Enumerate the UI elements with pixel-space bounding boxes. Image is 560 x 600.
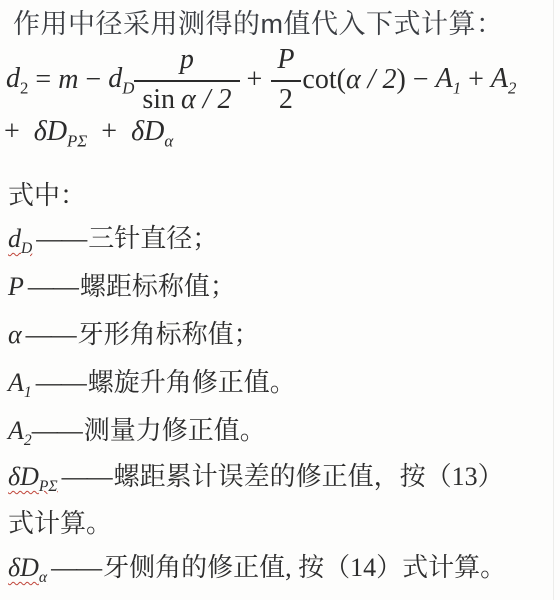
- symbol-P: P: [8, 272, 24, 301]
- minus-sign: −: [85, 64, 101, 96]
- definition-row-A1: A1——螺旋升角修正值。: [8, 366, 554, 401]
- definition-line: δDPΣ——螺距累计误差的修正值，按（13）: [8, 460, 554, 495]
- definition-text: 螺距标称值；: [80, 272, 236, 301]
- symbol-d2: d2: [6, 63, 28, 97]
- symbol-A1: A1: [8, 368, 32, 397]
- definition-row-dD: dD——三针直径；: [8, 222, 554, 257]
- definition-row-deltaDPsigma: δDPΣ——螺距累计误差的修正值，按（13） 式计算。: [8, 460, 554, 541]
- definition-text: 螺距累计误差的修正值，按（13）: [114, 462, 504, 491]
- definition-text: 三针直径；: [88, 224, 218, 253]
- symbol-deltaDalpha: δDα: [8, 553, 47, 582]
- symbol-A2: A2: [491, 63, 517, 97]
- definition-text: 螺旋升角修正值。: [88, 368, 296, 397]
- where-label: 式中：: [8, 175, 86, 212]
- symbol-A1: A1: [436, 63, 462, 97]
- fraction-numerator: p: [172, 44, 202, 79]
- definition-row-A2: A2——测量力修正值。: [8, 414, 554, 449]
- formula-line-1: d2 = m − dD p sinα / 2 + P 2 cot(α / 2) …: [6, 46, 516, 114]
- cot-argument: α / 2: [346, 64, 396, 96]
- definition-row-P: P——螺距标称值；: [8, 270, 554, 304]
- definition-text-continued: 式计算。: [8, 507, 554, 541]
- plus-sign: +: [101, 116, 117, 147]
- symbol-dD: dD: [8, 224, 32, 253]
- definition-dash: ——: [32, 416, 82, 445]
- definition-row-deltaDalpha: δDα——牙侧角的修正值, 按（14）式计算。: [8, 551, 554, 586]
- symbol-deltaDalpha: δDα: [131, 116, 173, 147]
- fraction-denominator: sinα / 2: [134, 80, 239, 116]
- open-paren: (: [337, 64, 346, 96]
- symbol-A2: A2: [8, 416, 32, 445]
- symbol-deltaDPsigma: δDPΣ: [8, 462, 58, 491]
- equals-sign: =: [35, 64, 51, 96]
- fraction-P-over-2: P 2: [269, 44, 302, 115]
- document-page: 作用中径采用测得的m值代入下式计算： d2 = m − dD p sinα / …: [0, 0, 560, 600]
- symbol-dD: dD: [108, 63, 134, 97]
- fraction-denominator: 2: [271, 80, 301, 116]
- definition-dash: ——: [28, 272, 78, 301]
- definition-text: 牙形角标称值；: [78, 320, 260, 349]
- definition-dash: ——: [26, 320, 76, 349]
- minus-sign: −: [413, 64, 429, 96]
- intro-sentence: 作用中径采用测得的m值代入下式计算：: [13, 8, 504, 40]
- definition-dash: ——: [62, 462, 112, 491]
- definition-dash: ——: [51, 553, 101, 582]
- cot-function: cot: [302, 64, 336, 96]
- definition-dash: ——: [36, 368, 86, 397]
- symbol-deltaDPsigma: δDPΣ: [34, 116, 87, 147]
- symbol-alpha: α: [8, 320, 22, 349]
- symbol-m: m: [58, 64, 78, 96]
- definition-text: 牙侧角的修正值, 按（14）式计算。: [103, 553, 506, 582]
- definition-row-alpha: α——牙形角标称值；: [8, 318, 554, 352]
- plus-sign: +: [247, 64, 263, 96]
- plus-sign: +: [468, 64, 484, 96]
- formula-line-2: + δDPΣ + δDα: [4, 116, 173, 150]
- definition-text: 测量力修正值。: [84, 416, 266, 445]
- fraction-p-over-sin: p sinα / 2: [134, 44, 239, 115]
- plus-sign: +: [4, 116, 20, 147]
- close-paren: ): [396, 64, 405, 96]
- fraction-numerator: P: [269, 44, 302, 79]
- definition-dash: ——: [36, 224, 86, 253]
